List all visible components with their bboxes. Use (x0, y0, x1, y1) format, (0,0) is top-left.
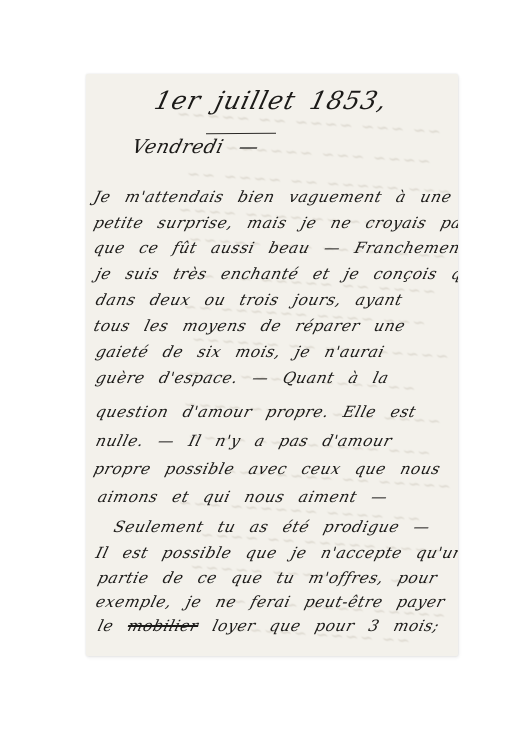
letter-line: gaieté de six mois, je n'aurai (94, 345, 386, 361)
struck-through-word: mobilier (126, 617, 201, 635)
letter-line: nulle. — Il n'y a pas d'amour (94, 434, 394, 450)
letter-line: tous les moyens de réparer une (92, 319, 407, 335)
last-line-suffix: loyer que pour 3 mois; (211, 617, 442, 635)
date-underline (206, 133, 276, 135)
letter-line: aimons et qui nous aiment — (96, 490, 389, 506)
letter-paper: ~~ ~~~ ~~~~ ~~ ~~~~~ ~~~~ ~~~ ~~~~~~ ~~~… (86, 74, 458, 656)
letter-line-last: le mobilier loyer que pour 3 mois; (96, 619, 441, 635)
letter-line: que ce fût aussi beau — Franchement (92, 241, 458, 257)
letter-day: Vendredi — (130, 138, 261, 157)
letter-line: Il est possible que je n'accepte qu'une (94, 546, 458, 562)
letter-line: exemple, je ne ferai peut-être payer (94, 595, 447, 611)
letter-line: partie de ce que tu m'offres, pour (96, 571, 439, 587)
letter-line: petite surprise, mais je ne croyais pas (92, 216, 458, 232)
letter-line: dans deux ou trois jours, ayant (94, 293, 404, 309)
letter-line: propre possible avec ceux que nous (92, 462, 442, 478)
letter-line: je suis très enchanté et je conçois que (94, 267, 458, 283)
letter-line: Seulement tu as été prodigue — (112, 520, 432, 536)
last-line-prefix: le (96, 617, 116, 635)
letter-line: question d'amour propre. Elle est (94, 405, 418, 421)
letter-date: 1er juillet 1853, (152, 88, 390, 113)
letter-line: Je m'attendais bien vaguement à une (92, 190, 453, 206)
letter-line: guère d'espace. — Quant à la (94, 371, 390, 387)
